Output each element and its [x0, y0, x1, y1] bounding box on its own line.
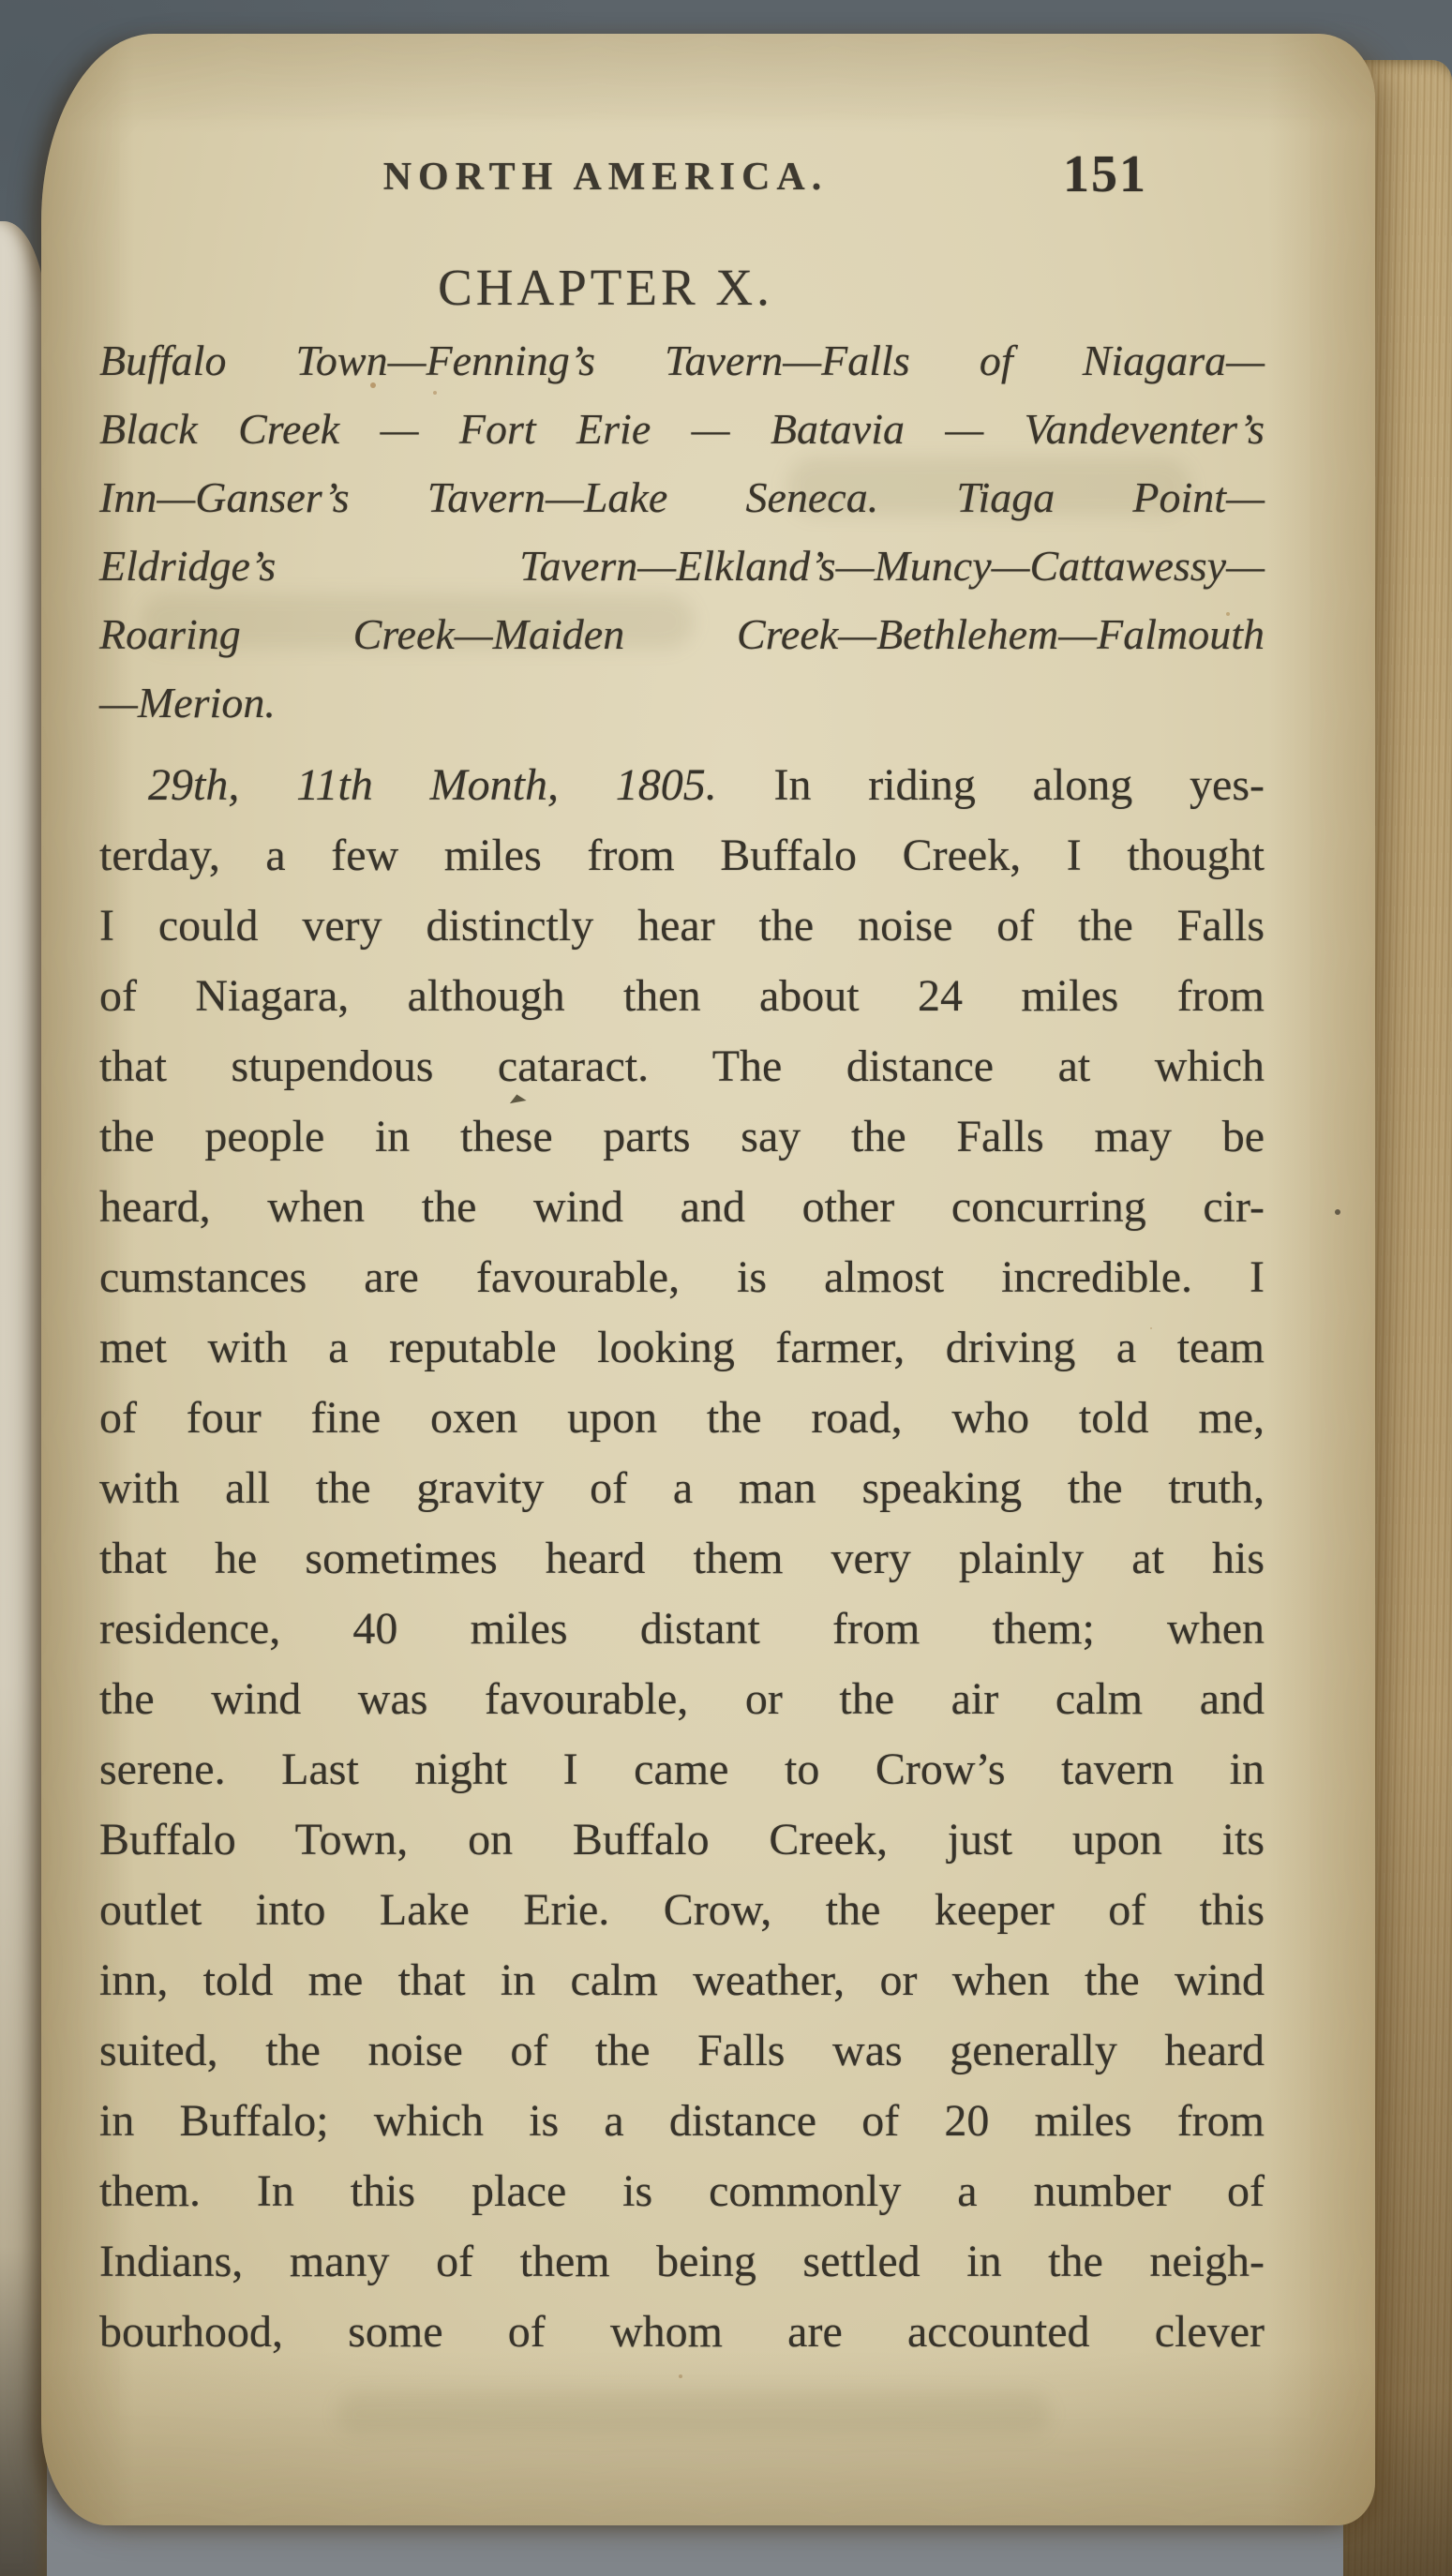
- chapter-summary-line: Black Creek — Fort Erie — Batavia — Vand…: [99, 395, 1265, 463]
- body-line: serene. Last night I came to Crow’s tave…: [99, 1734, 1265, 1805]
- page-number: 151: [1063, 146, 1147, 202]
- body-line: I could very distinctly hear the noise o…: [99, 891, 1265, 961]
- body-line: the wind was favourable, or the air calm…: [99, 1664, 1265, 1734]
- chapter-summary-line: Inn—Ganser’s Tavern—Lake Seneca. Tiaga P…: [99, 463, 1265, 532]
- chapter-heading: CHAPTER X.: [99, 258, 1112, 318]
- body-line: heard, when the wind and other concurrin…: [99, 1172, 1265, 1242]
- page-text-block: NORTH AMERICA. 151 CHAPTER X. Buffalo To…: [99, 34, 1265, 2525]
- facing-page-edge: [0, 221, 47, 2576]
- body-line: the people in these parts say the Falls …: [99, 1101, 1265, 1172]
- body-line: in Buffalo; which is a distance of 20 mi…: [99, 2086, 1265, 2156]
- body-line: bourhood, some of whom are accounted cle…: [99, 2297, 1265, 2367]
- chapter-summary-line: Eldridge’s Tavern—Elkland’s—Muncy—Cattaw…: [99, 532, 1265, 600]
- chapter-summary: Buffalo Town—Fenning’s Tavern—Falls of N…: [99, 326, 1265, 737]
- body-line: Indians, many of them being settled in t…: [99, 2226, 1265, 2297]
- entry-date: 29th, 11th Month, 1805.: [148, 760, 717, 810]
- body-line: them. In this place is commonly a number…: [99, 2156, 1265, 2226]
- body-line: inn, told me that in calm weather, or wh…: [99, 1945, 1265, 2015]
- body-line: terday, a few miles from Buffalo Creek, …: [99, 820, 1265, 891]
- body-line-text: In riding along yes-: [717, 760, 1265, 810]
- body-line: Buffalo Town, on Buffalo Creek, just upo…: [99, 1805, 1265, 1875]
- body-line: of Niagara, although then about 24 miles…: [99, 961, 1265, 1031]
- scanned-book-photo: NORTH AMERICA. 151 CHAPTER X. Buffalo To…: [0, 0, 1452, 2576]
- chapter-summary-line: Roaring Creek—Maiden Creek—Bethlehem—Fal…: [99, 600, 1265, 668]
- body-line: 29th, 11th Month, 1805. In riding along …: [99, 750, 1265, 820]
- body-line: that he sometimes heard them very plainl…: [99, 1523, 1265, 1594]
- body-line: met with a reputable looking farmer, dri…: [99, 1312, 1265, 1383]
- chapter-summary-line: Buffalo Town—Fenning’s Tavern—Falls of N…: [99, 326, 1265, 395]
- body-line: with all the gravity of a man speaking t…: [99, 1453, 1265, 1523]
- body-paragraph: 29th, 11th Month, 1805. In riding along …: [99, 750, 1265, 2367]
- foxing-specks: [370, 382, 376, 388]
- chapter-summary-line: —Merion.: [99, 668, 1265, 737]
- book-page: NORTH AMERICA. 151 CHAPTER X. Buffalo To…: [41, 34, 1375, 2525]
- body-line: that stupendous cataract. The distance a…: [99, 1031, 1265, 1101]
- body-line: outlet into Lake Erie. Crow, the keeper …: [99, 1875, 1265, 1945]
- body-line: suited, the noise of the Falls was gener…: [99, 2015, 1265, 2086]
- body-line: cumstances are favourable, is almost inc…: [99, 1242, 1265, 1312]
- body-line: of four fine oxen upon the road, who tol…: [99, 1383, 1265, 1453]
- running-header: NORTH AMERICA.: [99, 154, 1112, 201]
- body-line: residence, 40 miles distant from them; w…: [99, 1594, 1265, 1664]
